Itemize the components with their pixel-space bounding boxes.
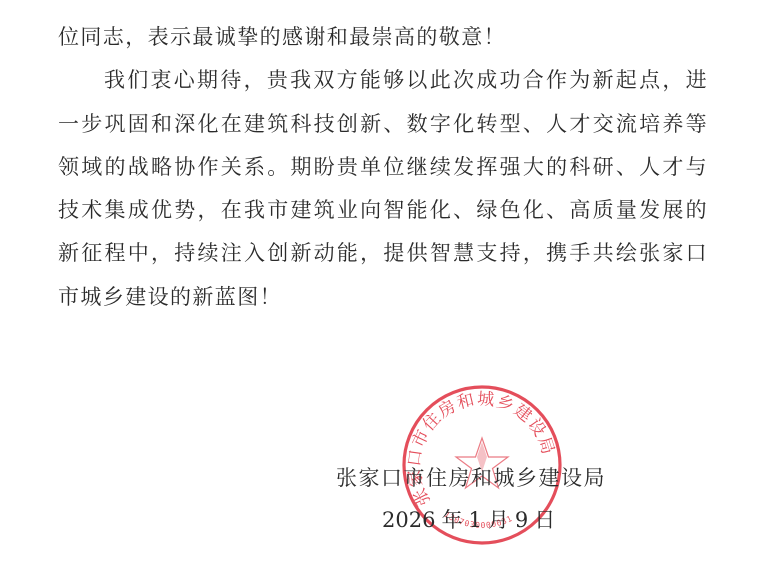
body-line-2: 我们衷心期待，贵我双方能够以此次成功合作为新起点，进 xyxy=(58,59,708,102)
date-month: 1 xyxy=(468,508,481,532)
letter-page: 位同志，表示最诚挚的感谢和最崇高的敬意！ 我们衷心期待，贵我双方能够以此次成功合… xyxy=(0,0,780,586)
body-line-1: 位同志，表示最诚挚的感谢和最崇高的敬意！ xyxy=(58,16,708,59)
signature-organization: 张家口市住房和城乡建设局 xyxy=(336,463,616,493)
signature-date: 2026年1月9日 xyxy=(382,505,561,535)
date-day-unit: 日 xyxy=(534,508,555,532)
letter-body: 位同志，表示最诚挚的感谢和最崇高的敬意！ 我们衷心期待，贵我双方能够以此次成功合… xyxy=(58,16,708,319)
body-line-6: 新征程中，持续注入创新动能，提供智慧支持，携手共绘张家口 xyxy=(58,232,708,275)
body-line-3: 一步巩固和深化在建筑科技创新、数字化转型、人才交流培养等 xyxy=(58,103,708,146)
date-month-unit: 月 xyxy=(488,508,509,532)
body-line-4: 领域的战略协作关系。期盼贵单位继续发挥强大的科研、人才与 xyxy=(58,146,708,189)
date-day: 9 xyxy=(515,508,528,532)
body-line-5: 技术集成优势，在我市建筑业向智能化、绿色化、高质量发展的 xyxy=(58,189,708,232)
date-year: 2026 xyxy=(382,508,435,532)
date-year-unit: 年 xyxy=(441,508,462,532)
body-line-7: 市城乡建设的新蓝图！ xyxy=(58,276,708,319)
